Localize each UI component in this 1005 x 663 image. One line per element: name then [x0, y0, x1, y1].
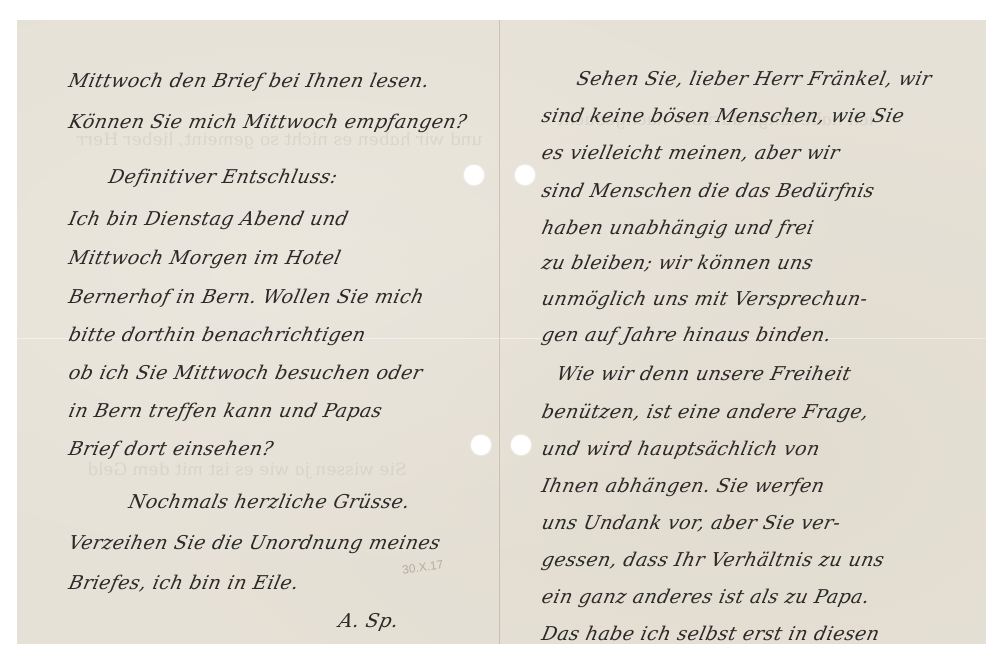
letter-line: Sehen Sie, lieber Herr Fränkel, wir [575, 68, 934, 90]
letter-line: Mittwoch Morgen im Hotel [67, 247, 343, 269]
letter-line: es vielleicht meinen, aber wir [540, 142, 842, 164]
letter-line: Verzeihen Sie die Unordnung meines [67, 532, 443, 554]
signature: A. Sp. [337, 610, 401, 632]
letter-line: unmöglich uns mit Versprechun- [540, 288, 870, 310]
letter-line: ob ich Sie Mittwoch besuchen oder [67, 362, 425, 384]
letter-line: benützen, ist eine andere Frage, [540, 401, 871, 423]
letter-line: Brief dort einsehen? [67, 438, 276, 460]
letter-line: gessen, dass Ihr Verhältnis zu uns [540, 549, 887, 571]
letter-line: bitte dorthin benachrichtigen [67, 324, 368, 346]
letter-line: sind Menschen die das Bedürfnis [540, 180, 877, 202]
left-page: Mittwoch den Brief bei Ihnen lesen. Könn… [17, 20, 499, 644]
pencil-annotation: 30.X.17 [401, 557, 444, 577]
letter-line: Ich bin Dienstag Abend und [67, 208, 351, 230]
letter-line: Bernerhof in Bern. Wollen Sie mich [67, 286, 427, 308]
letter-line: Das habe ich selbst erst in diesen [540, 623, 882, 645]
letter-line: Mittwoch den Brief bei Ihnen lesen. [67, 70, 432, 92]
letter-line: in Bern treffen kann und Papas [67, 400, 385, 422]
letter-line: Briefes, ich bin in Eile. [67, 572, 301, 594]
letter-line: Können Sie mich Mittwoch empfangen? [67, 111, 469, 133]
letter-line: Ihnen abhängen. Sie werfen [540, 475, 827, 497]
closing-greeting: Nochmals herzliche Grüsse. [127, 491, 412, 513]
letter-line: ein ganz anderes ist als zu Papa. [540, 586, 872, 608]
letter-line: sind keine bösen Menschen, wie Sie [540, 105, 907, 127]
letter-line: zu bleiben; wir können uns [540, 252, 816, 274]
letter-line: gen auf Jahre hinaus binden. [540, 324, 834, 346]
letter-sheet: und wir haben es nicht so gemeint, liebe… [17, 20, 986, 644]
letter-line: uns Undank vor, aber Sie ver- [540, 512, 843, 534]
letter-heading: Definitiver Entschluss: [107, 166, 340, 188]
right-page: Sehen Sie, lieber Herr Fränkel, wir sind… [500, 20, 986, 644]
letter-line: Wie wir denn unsere Freiheit [555, 363, 853, 385]
letter-line: haben unabhängig und frei [540, 217, 816, 239]
letter-line: und wird hauptsächlich von [540, 438, 822, 460]
